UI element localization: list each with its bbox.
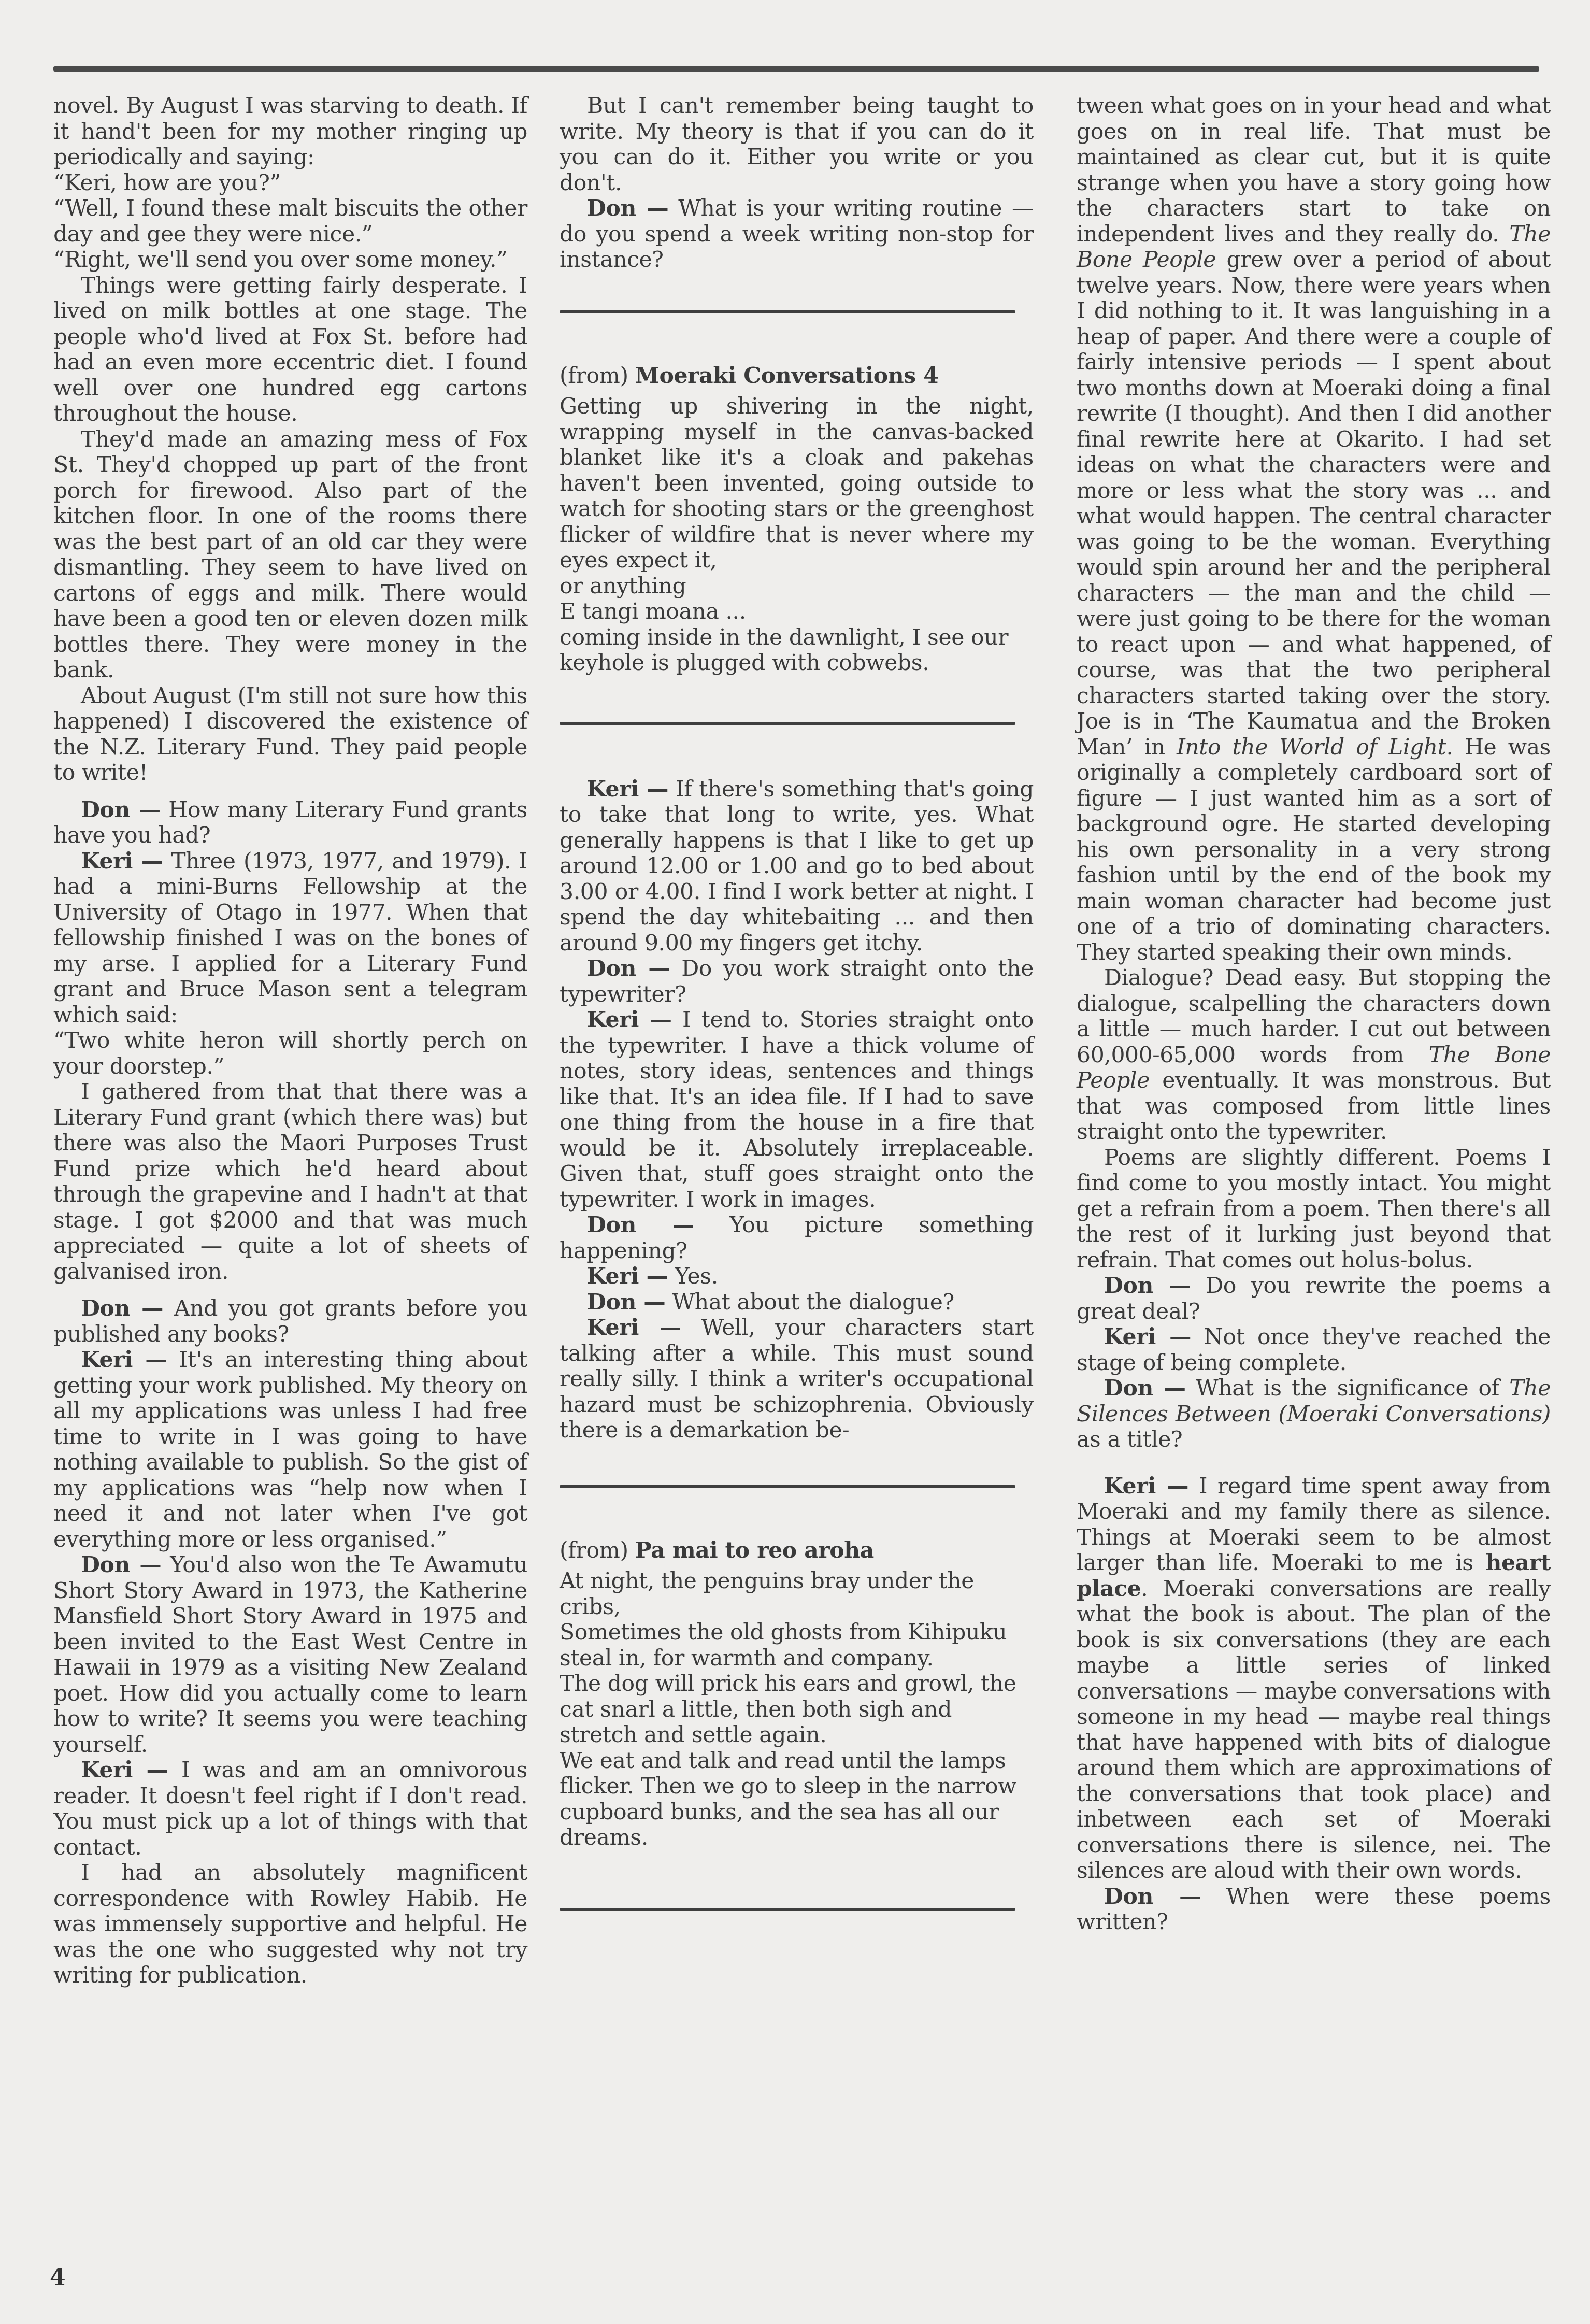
- poem-line: or anything: [560, 574, 1034, 600]
- poem-line: At night, the penguins bray under the cr…: [560, 1569, 1034, 1620]
- poem-line: coming inside in the dawnlight, I see ou…: [560, 625, 1034, 676]
- speaker-label: Keri —: [587, 1263, 668, 1289]
- dialogue-don: Don — You'd also won the Te Awamutu Shor…: [53, 1552, 527, 1758]
- dialogue-keri: Keri — Yes.: [560, 1264, 1034, 1290]
- paragraph: About August (I'm still not sure how thi…: [53, 683, 527, 786]
- speaker-label: Keri —: [1104, 1473, 1188, 1499]
- quote-line: “Well, I found these malt biscuits the o…: [53, 196, 527, 247]
- paragraph: Dialogue? Dead easy. But stopping the di…: [1077, 965, 1551, 1145]
- dialogue-don: Don — Do you work straight onto the type…: [560, 956, 1034, 1007]
- poem-line: We eat and talk and read until the lamps…: [560, 1748, 1034, 1851]
- dialogue-text: as a title?: [1077, 1427, 1182, 1452]
- poem-title: (from) Moeraki Conversations 4: [560, 363, 1034, 389]
- top-rule: [53, 66, 1539, 72]
- speaker-label: Don —: [587, 1212, 694, 1238]
- dialogue-don: Don — And you got grants before you publ…: [53, 1296, 527, 1347]
- column-right: tween what goes on in your head and what…: [1077, 93, 1551, 1935]
- speaker-label: Keri —: [81, 848, 163, 874]
- quote-line: “Right, we'll send you over some money.”: [53, 247, 527, 273]
- dialogue-text: . Moeraki conversations are really what …: [1077, 1576, 1551, 1884]
- text-run: . He was originally a completely cardboa…: [1077, 735, 1551, 965]
- dialogue-text: What about the dialogue?: [665, 1290, 954, 1315]
- text-run: grew over a period of about twelve years…: [1077, 247, 1551, 760]
- speaker-label: Keri —: [81, 1757, 168, 1783]
- speaker-label: Keri —: [587, 1007, 672, 1033]
- column-middle: But I can't remember being taught to wri…: [560, 93, 1034, 1911]
- paragraph: Poems are slightly different. Poems I fi…: [1077, 1145, 1551, 1274]
- speaker-label: Don —: [1104, 1375, 1186, 1401]
- dialogue-text: It's an interesting thing about getting …: [53, 1347, 527, 1552]
- paragraph: They'd made an amazing mess of Fox St. T…: [53, 427, 527, 683]
- dialogue-text: Yes.: [668, 1264, 718, 1289]
- dialogue-don: Don — When were these poems written?: [1077, 1884, 1551, 1935]
- poem-title-prefix: (from): [560, 1538, 635, 1563]
- poem-excerpt-pa-mai: (from) Pa mai to reo aroha At night, the…: [560, 1538, 1034, 1851]
- speaker-label: Don —: [1104, 1884, 1201, 1909]
- speaker-label: Don —: [587, 1289, 665, 1315]
- text-run: tween what goes on in your head and what…: [1077, 93, 1551, 247]
- dialogue-keri: Keri — It's an interesting thing about g…: [53, 1347, 527, 1552]
- dialogue-don: Don — Do you rewrite the poems a great d…: [1077, 1273, 1551, 1324]
- poem-title: (from) Pa mai to reo aroha: [560, 1538, 1034, 1564]
- paragraph: novel. By August I was starving to death…: [53, 93, 527, 170]
- speaker-label: Don —: [81, 1295, 163, 1321]
- speaker-label: Don —: [81, 1552, 161, 1578]
- dialogue-don: Don — You picture something happening?: [560, 1213, 1034, 1264]
- speaker-label: Keri —: [587, 1315, 681, 1341]
- poem-title-name: Moeraki Conversations 4: [635, 363, 939, 389]
- poem-line: The dog will prick his ears and growl, t…: [560, 1671, 1034, 1748]
- speaker-label: Keri —: [81, 1347, 167, 1373]
- dialogue-keri: Keri — Three (1973, 1977, and 1979). I h…: [53, 849, 527, 1029]
- paragraph: Things were getting fairly desperate. I …: [53, 273, 527, 427]
- dialogue-text: You'd also won the Te Awamutu Short Stor…: [53, 1552, 527, 1758]
- poem-line: Sometimes the old ghosts from Kihipuku s…: [560, 1620, 1034, 1671]
- column-left: novel. By August I was starving to death…: [53, 93, 527, 1989]
- dialogue-keri: Keri — If there's something that's going…: [560, 777, 1034, 957]
- paragraph: But I can't remember being taught to wri…: [560, 93, 1034, 196]
- dialogue-keri: Keri — Well, your characters start talki…: [560, 1315, 1034, 1444]
- speaker-label: Don —: [81, 797, 161, 823]
- poem-excerpt-moeraki: (from) Moeraki Conversations 4 Getting u…: [560, 363, 1034, 676]
- dialogue-text: Three (1973, 1977, and 1979). I had a mi…: [53, 849, 527, 1028]
- dialogue-text: I tend to. Stories straight onto the typ…: [560, 1007, 1034, 1213]
- speaker-label: Don —: [587, 195, 668, 221]
- dialogue-keri: Keri — Not once they've reached the stag…: [1077, 1324, 1551, 1376]
- speaker-label: Don —: [587, 956, 670, 981]
- dialogue-don: Don — What is the significance of The Si…: [1077, 1376, 1551, 1453]
- dialogue-text: If there's something that's going to tak…: [560, 777, 1034, 956]
- poem-line: E tangi moana ...: [560, 599, 1034, 625]
- quote-line: “Keri, how are you?”: [53, 170, 527, 196]
- paragraph: I gathered from that that there was a Li…: [53, 1079, 527, 1285]
- section-divider: [560, 1908, 1015, 1911]
- page-number: 4: [50, 2264, 66, 2291]
- dialogue-keri: Keri — I regard time spent away from Moe…: [1077, 1474, 1551, 1884]
- dialogue-don: Don — What is your writing routine — do …: [560, 196, 1034, 273]
- book-title: Into the World of Light: [1177, 735, 1446, 760]
- dialogue-text: What is the significance of: [1186, 1376, 1510, 1401]
- poem-line: Getting up shivering in the night, wrapp…: [560, 394, 1034, 574]
- paragraph: I had an absolutely magnificent correspo…: [53, 1860, 527, 1989]
- dialogue-don: Don — How many Literary Fund grants have…: [53, 797, 527, 849]
- dialogue-keri: Keri — I tend to. Stories straight onto …: [560, 1007, 1034, 1213]
- dialogue-don: Don — What about the dialogue?: [560, 1290, 1034, 1316]
- poem-title-name: Pa mai to reo aroha: [635, 1537, 874, 1563]
- speaker-label: Keri —: [587, 776, 668, 802]
- speaker-label: Don —: [1104, 1273, 1191, 1299]
- paragraph: tween what goes on in your head and what…: [1077, 93, 1551, 965]
- dialogue-keri: Keri — I was and am an omnivorous reader…: [53, 1758, 527, 1860]
- speaker-label: Keri —: [1104, 1324, 1191, 1350]
- poem-title-prefix: (from): [560, 363, 635, 389]
- quote-line: “Two white heron will shortly perch on y…: [53, 1028, 527, 1079]
